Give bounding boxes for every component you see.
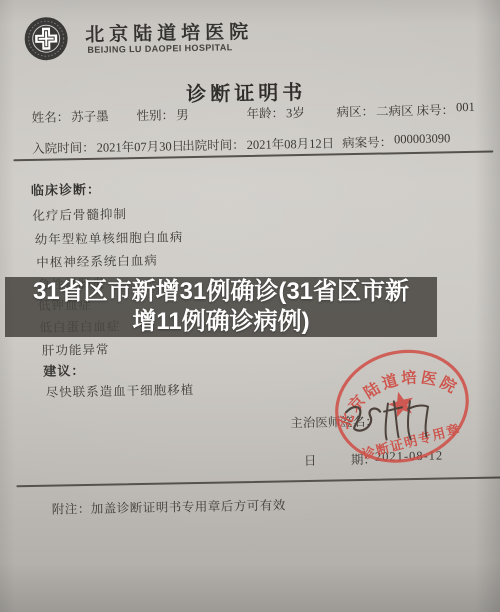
diagnosis-heading: 临床诊断： bbox=[31, 179, 101, 199]
ward-value: 二病区 bbox=[376, 101, 414, 120]
field-record-no: 病案号： 000003090 bbox=[342, 131, 451, 151]
document-photo: 北京陆道培医院 BEIJING LU DAOPEI HOSPITAL 诊断证明书… bbox=[0, 0, 500, 612]
field-discharge: 出院时间： 2021年08月12日 bbox=[182, 133, 334, 154]
patient-name-label: 姓名： bbox=[31, 107, 69, 126]
hospital-logo-icon bbox=[23, 15, 70, 62]
patient-name-value: 苏子墨 bbox=[71, 107, 109, 126]
discharge-label: 出院时间： bbox=[182, 135, 245, 154]
date-char: 日 bbox=[304, 451, 317, 469]
caption-line: 31省区市新增31例确诊(31省区市新 bbox=[33, 277, 409, 307]
field-admission: 入院时间： 2021年07月30日 bbox=[32, 136, 184, 157]
diagnosis-item: 化疗后骨髓抑制 bbox=[32, 204, 127, 224]
bed-label: 床号： bbox=[416, 100, 454, 119]
diagnosis-item: 中枢神经系统白血病 bbox=[36, 251, 158, 271]
footer-divider bbox=[16, 476, 500, 487]
age-value: 3岁 bbox=[286, 103, 305, 121]
hospital-name-en: BEIJING LU DAOPEI HOSPITAL bbox=[87, 42, 232, 55]
doctor-signature-handwriting bbox=[340, 392, 449, 446]
age-label: 年龄： bbox=[246, 103, 284, 122]
discharge-value: 2021年08月12日 bbox=[246, 133, 334, 153]
caption-line: 增11例确诊病例) bbox=[132, 307, 309, 337]
field-gender: 性别： 男 bbox=[136, 105, 188, 124]
field-bed: 床号： 001 bbox=[416, 100, 475, 119]
suggestion-item: 尽快联系造血干细胞移植 bbox=[45, 380, 194, 401]
field-age: 年龄： 3岁 bbox=[246, 103, 305, 122]
gender-value: 男 bbox=[176, 105, 189, 123]
record-no-label: 病案号： bbox=[342, 132, 392, 151]
ward-label: 病区： bbox=[336, 102, 374, 121]
diagnosis-item: 肝功能异常 bbox=[42, 340, 110, 359]
admission-label: 入院时间： bbox=[32, 138, 95, 157]
record-no-value: 000003090 bbox=[394, 131, 451, 150]
gender-label: 性别： bbox=[136, 105, 174, 124]
footnote: 附注：加盖诊断证明书专用章后方可有效 bbox=[52, 495, 286, 517]
suggestion-heading: 建议： bbox=[43, 360, 85, 380]
admission-value: 2021年07月30日 bbox=[97, 136, 185, 156]
diagnosis-item: 幼年型粒单核细胞白血病 bbox=[35, 227, 184, 248]
field-ward: 病区： 二病区 bbox=[336, 101, 413, 120]
bed-value: 001 bbox=[456, 100, 475, 118]
news-caption-overlay: 31省区市新增31例确诊(31省区市新 增11例确诊病例) bbox=[5, 277, 437, 337]
field-patient-name: 姓名： 苏子墨 bbox=[31, 107, 108, 126]
